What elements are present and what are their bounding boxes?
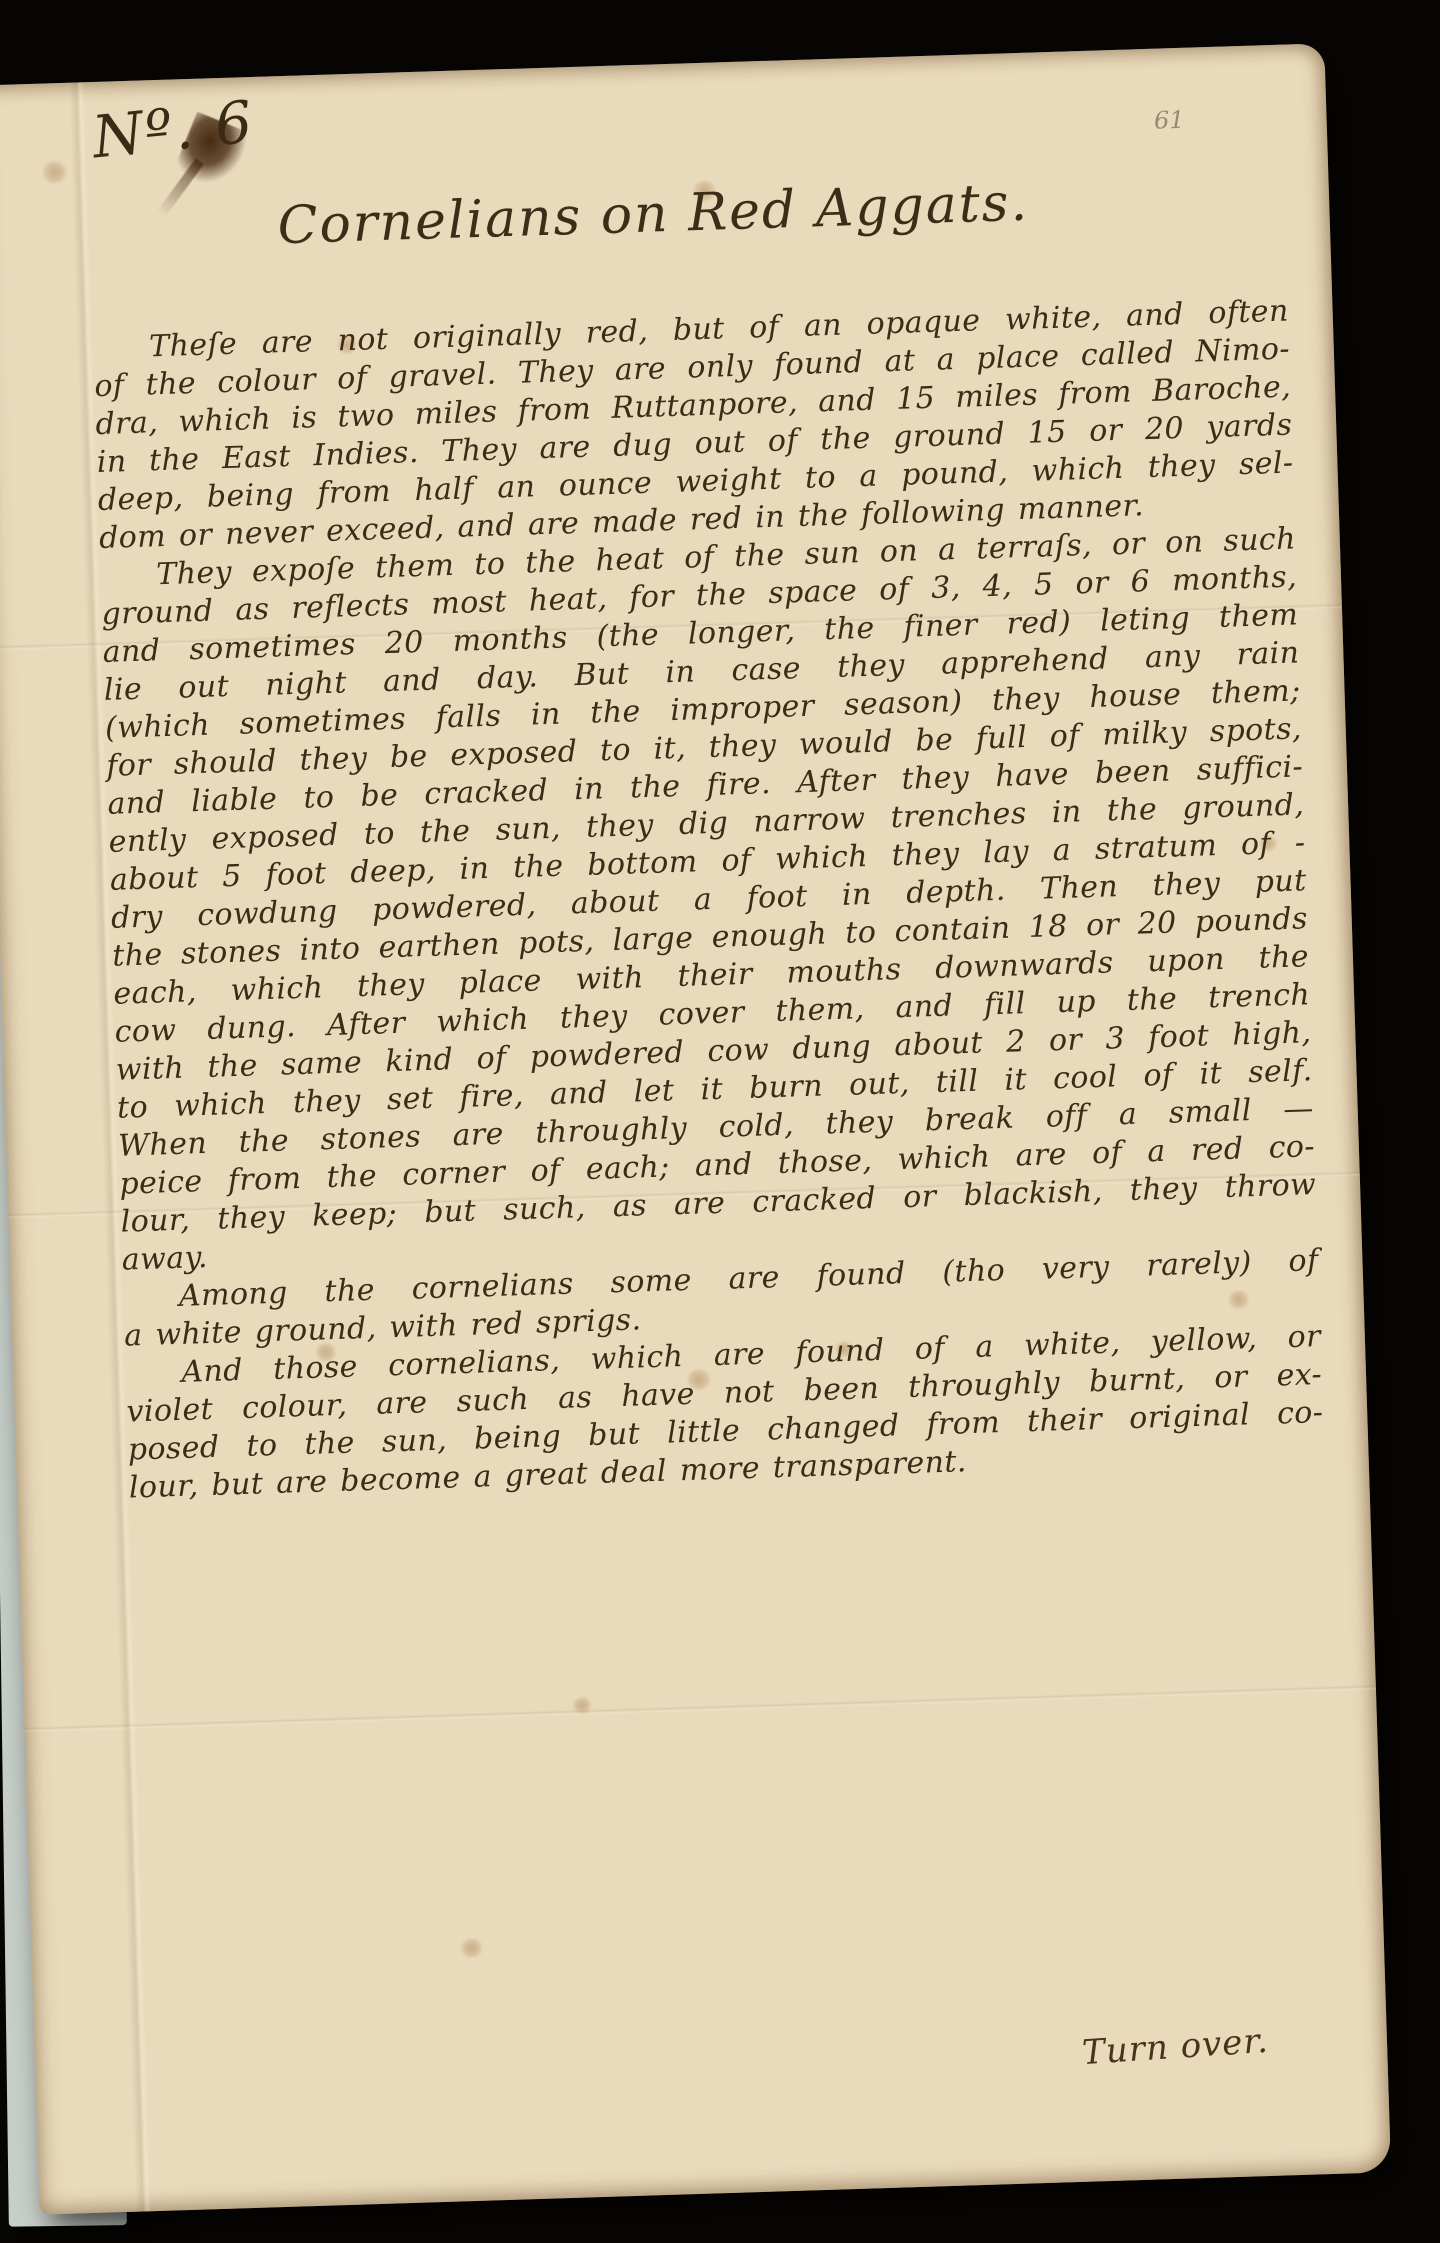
turn-over-note: Turn over. [1081,2021,1270,2073]
fox-stain [459,1939,484,1958]
fold-crease [24,1684,1376,1732]
manuscript-body: Theſe are not originally red, but of an … [93,293,1325,1508]
paragraph: Theſe are not originally red, but of an … [93,293,1296,558]
paragraph: They expoſe them to the heat of the sun … [100,520,1318,1279]
page-number-pencil: 61 [1154,106,1185,135]
manuscript-page: Nº. 6 61 Cornelians on Red Aggats. Theſe… [0,43,1391,2214]
fox-stain [41,161,68,184]
fox-stain [572,1697,592,1714]
